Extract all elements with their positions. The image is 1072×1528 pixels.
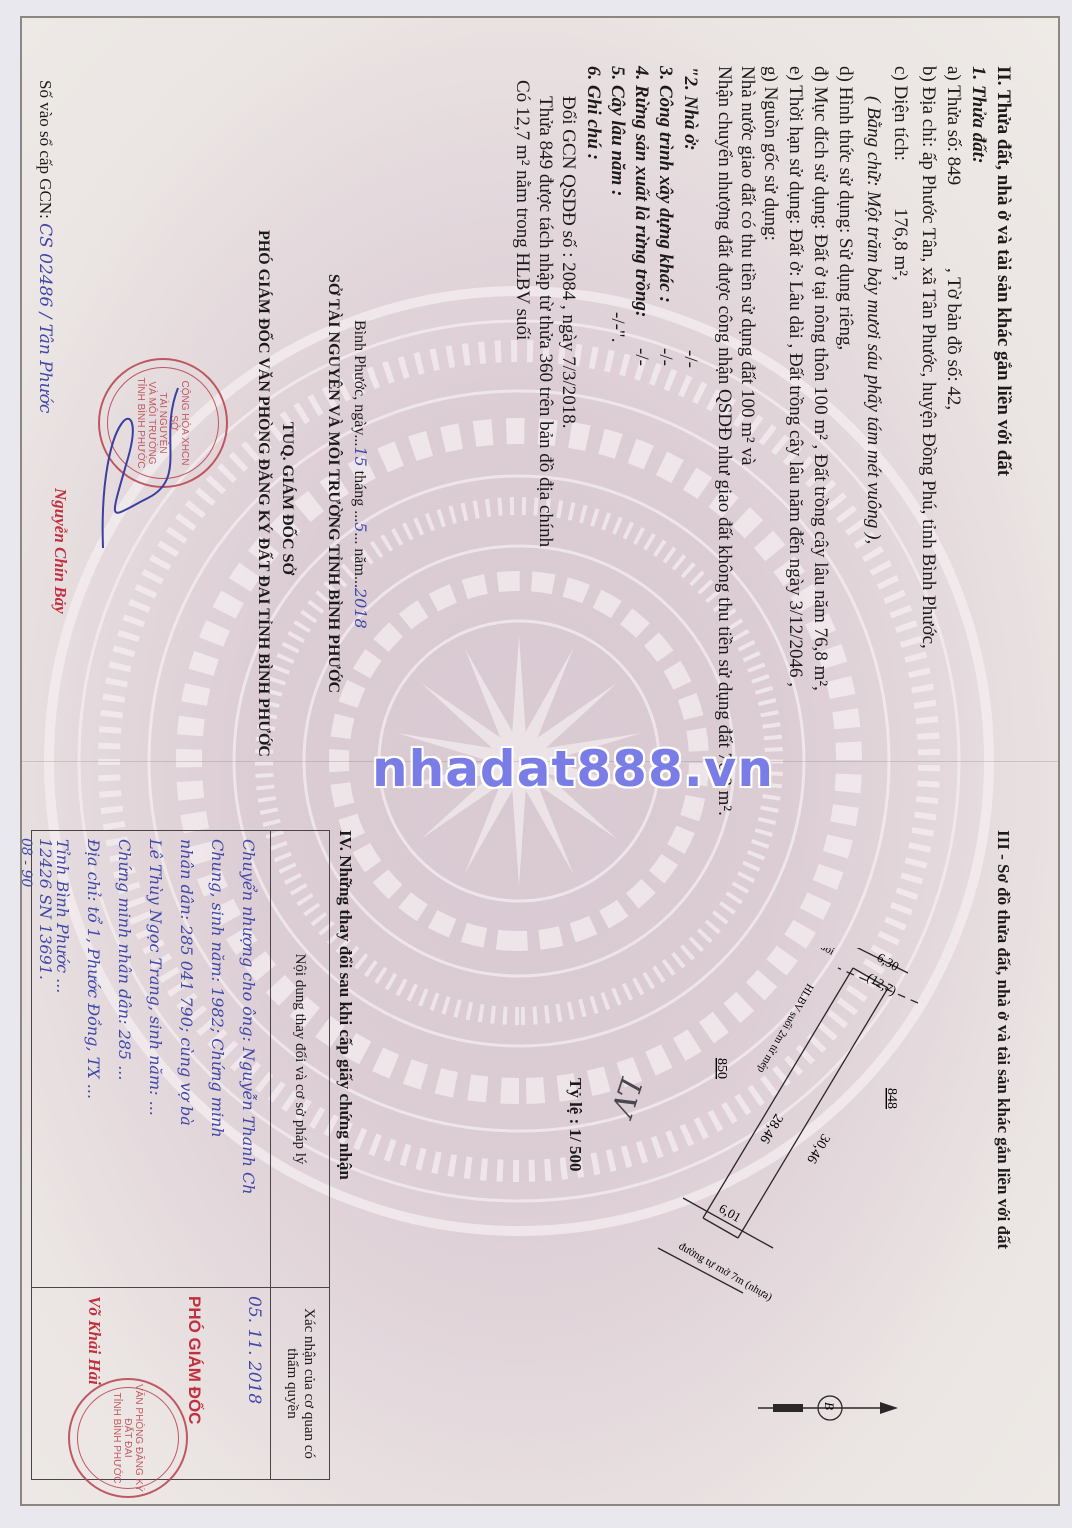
entry-line: Lê Thùy Ngọc Trang, sinh năm: ... — [140, 839, 171, 1279]
parcel-848-label: 848 — [884, 1088, 899, 1109]
entry-line: nhân dân: 285 041 790; cùng vợ bà — [171, 839, 202, 1279]
signer-role-2: PHÓ GIÁM ĐỐC VĂN PHÒNG ĐĂNG KÝ ĐẤT ĐAI T… — [251, 230, 276, 757]
map-scale: Tỷ lệ : 1/ 500 — [563, 1078, 588, 1172]
signature-scribble-left — [88, 378, 198, 558]
issue-month-label: tháng ... — [351, 467, 368, 523]
usage-form: d) Hình thức sử dụng: Sử dụng riêng, — [833, 66, 858, 350]
issue-day: 15 — [351, 446, 370, 466]
note-line-2: Thửa 849 được tách nhập từ thửa 360 trên… — [533, 96, 558, 547]
entry-line: Địa chỉ: tổ 1, Phước Đồng, TX ... — [78, 839, 109, 1279]
item-house-label: "2. Nhà ở: — [678, 66, 703, 151]
usage-origin-line1: Nhà nước giao đất có thu tiền sử dụng đấ… — [735, 66, 760, 465]
section2-sub1: 1. Thửa đất: — [966, 66, 991, 163]
changes-table: Nội dung thay đổi và cơ sở pháp lý Xác n… — [31, 830, 330, 1480]
parcel-850-label: 850 — [714, 1058, 729, 1079]
issue-date: Bình Phước, ngày...15 tháng ...5... năm.… — [347, 320, 373, 629]
signer-name-left: Nguyễn Chín Bảy — [48, 488, 73, 614]
changes-table-header: Nội dung thay đổi và cơ sở pháp lý Xác n… — [271, 831, 330, 1480]
col-change-content: Nội dung thay đổi và cơ sở pháp lý — [271, 831, 330, 1288]
section3-heading: III - Sơ đồ thửa đất, nhà ở và tài sản k… — [991, 830, 1016, 1249]
site-watermark: nhadat888.vn — [372, 740, 774, 798]
item-house-value: -/- — [678, 350, 703, 368]
entry-reference-2: 08 - 90 — [20, 838, 38, 887]
note-line-3: Có 12,7 m² nằm trong HLBV suối — [510, 80, 535, 340]
parcel-number: a) Thửa số: 849 — [941, 66, 966, 185]
corridor-area: (12,7) — [865, 970, 900, 999]
entry-line: Chung, sinh năm: 1982; Chứng minh — [202, 839, 233, 1279]
col-authority-confirmation: Xác nhận của cơ quan có thẩm quyền — [271, 1288, 330, 1480]
signer-role-1: TUQ. GIÁM ĐỐC SỞ — [275, 422, 300, 575]
issue-year-label: ... năm... — [351, 532, 368, 588]
entry-date: 05. 11. 2018 — [244, 1296, 264, 1471]
stamp-text: ĐẤT ĐAI — [123, 1418, 134, 1457]
issue-date-prefix: Bình Phước, ngày... — [351, 320, 368, 446]
parcel-diagram: 30,46 28,46 6,01 6,30 (12,7) 848 850 suố… — [608, 948, 988, 1308]
note-line-1: Đổi GCN QSDĐ số : 2084 , ngày 7/3/2018. — [556, 96, 581, 429]
usage-origin-label: g) Nguồn gốc sử dụng: — [758, 66, 783, 241]
change-entry: Chuyển nhượng cho ông: Nguyễn Thanh Ch C… — [32, 831, 271, 1288]
item-construction-label: 3. Công trình xây dựng khác : — [653, 66, 678, 303]
entry-line: Chứng minh nhân dân: 285 ... — [109, 839, 140, 1279]
handwritten-mark: LV — [608, 1075, 644, 1119]
section4-heading: IV. Những thay đổi sau khi cấp giấy chứn… — [333, 830, 358, 1180]
edge-top-length: 30,46 — [803, 1131, 832, 1166]
edge-road-length: 6,01 — [717, 1201, 744, 1225]
map-sheet-number: , Tờ bản đồ số: 42, — [941, 268, 966, 410]
official-stamp-right: VĂN PHÒNG ĐĂNG KÝ ĐẤT ĐAI TỈNH BÌNH PHƯỚ… — [68, 1378, 188, 1498]
entry-line: Chuyển nhượng cho ông: Nguyễn Thanh Ch — [233, 839, 264, 1279]
registry-number: Số vào sổ cấp GCN: CS 02486 / Tân Phước — [32, 80, 58, 413]
issue-month: 5 — [351, 522, 370, 532]
registry-value: CS 02486 / Tân Phước — [35, 223, 55, 413]
usage-term: e) Thời hạn sử dụng: Đất ở: Lâu dài , Đấ… — [783, 66, 808, 687]
stamp-text: VĂN PHÒNG ĐĂNG KÝ — [134, 1384, 145, 1492]
stream-label: suối — [815, 948, 837, 958]
item-forest-value: -/- — [629, 348, 654, 366]
area-label: c) Diện tích: — [888, 66, 913, 161]
item-forest-label: 4. Rừng sản xuất là rừng trồng: — [629, 66, 654, 317]
change-entry-text: Chuyển nhượng cho ông: Nguyễn Thanh Ch C… — [47, 839, 264, 1279]
parcel-address: b) Địa chỉ: ấp Phước Tân, xã Tân Phước, … — [916, 66, 941, 649]
item-perennial-value: -/-". — [605, 312, 630, 342]
usage-purpose: đ) Mục đích sử dụng: Đất ở tại nông thôn… — [808, 66, 833, 691]
section2-heading: II. Thửa đất, nhà ở và tài sản khác gắn … — [991, 66, 1016, 476]
registry-label: Số vào sổ cấp GCN: — [36, 80, 55, 219]
area-value: 176,8 m², — [888, 208, 913, 281]
north-arrow-icon: B — [748, 1388, 898, 1428]
corridor-label: HLBV suối 2m từ mép — [755, 982, 816, 1076]
stamp-text: TỈNH BÌNH PHƯỚC — [112, 1392, 123, 1483]
road-label: đường tự mở 7m (nhựa) — [677, 1240, 775, 1304]
item-construction-value: -/- — [653, 348, 678, 366]
usage-origin-line2: Nhận chuyển nhượng đất được công nhận QS… — [712, 66, 737, 816]
edge-bottom-length: 28,46 — [756, 1111, 785, 1146]
svg-text:B: B — [822, 1402, 837, 1410]
issuing-org: SỞ TÀI NGUYÊN VÀ MÔI TRƯỜNG TỈNH BÌNH PH… — [321, 274, 346, 693]
edge-stream-length: 6,30 — [875, 950, 902, 974]
area-in-words: ( Bằng chữ: Một trăm bảy mươi sáu phẩy t… — [861, 96, 886, 544]
item-perennial-label: 5. Cây lâu năm : — [605, 66, 630, 196]
issue-year: 2018 — [351, 588, 370, 629]
notes-label: 6. Ghi chú : — [581, 66, 606, 160]
